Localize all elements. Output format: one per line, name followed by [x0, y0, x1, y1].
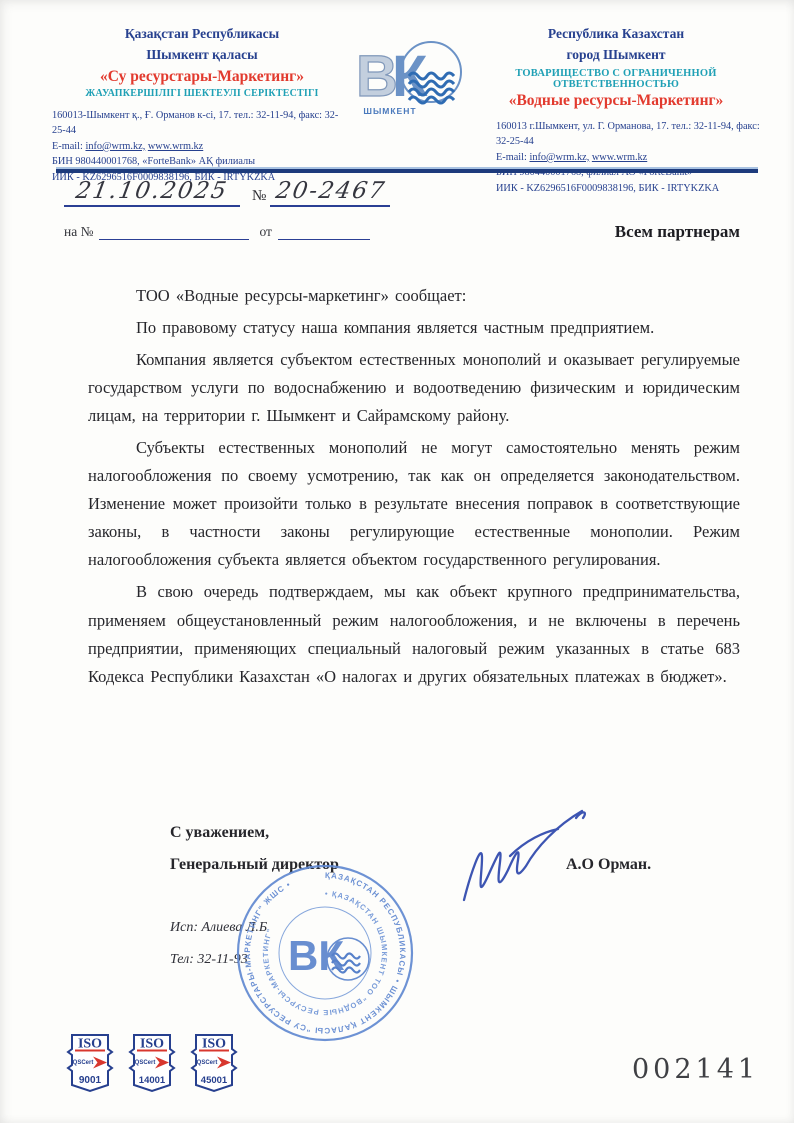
address-line-kk: 160013-Шымкент қ., Ғ. Орманов к-сі, 17. …: [52, 108, 352, 139]
website-link[interactable]: www.wrm.kz: [592, 152, 647, 163]
body-paragraph: ТОО «Водные ресурсы-маркетинг» сообщает:: [88, 282, 740, 310]
logo-subtitle: ШЫМКЕНТ: [363, 106, 416, 116]
date-field: 21.10.2025: [64, 178, 240, 207]
address-block-kk: 160013-Шымкент қ., Ғ. Орманов к-сі, 17. …: [52, 108, 352, 185]
email-line-ru: E-mail: info@wrm.kz, www.wrm.kz: [496, 150, 762, 165]
iso-label: ISO: [140, 1037, 164, 1052]
city-name-kk: Шымкент қаласы: [52, 45, 352, 66]
email-line-kk: E-mail: info@wrm.kz, www.wrm.kz: [52, 139, 352, 154]
iso-45001-badge: ISO QSCert 45001: [188, 1032, 240, 1094]
number-sign-label: №: [252, 188, 266, 207]
address-line-ru: 160013 г.Шымкент, ул. Г. Орманова, 17. т…: [496, 119, 762, 150]
iso-number: 9001: [79, 1075, 102, 1086]
email-link[interactable]: info@wrm.kz,: [85, 141, 145, 152]
letter-body: ТОО «Водные ресурсы-маркетинг» сообщает:…: [88, 282, 740, 695]
email-label: E-mail:: [496, 152, 527, 163]
handwritten-number: 20-2467: [273, 178, 387, 205]
handwritten-date: 21.10.2025: [74, 178, 230, 205]
account-line-ru: ИИК - KZ6296516F0009838196, БИК - IRTYKZ…: [496, 181, 762, 196]
org-type-ru: ТОВАРИЩЕСТВО С ОГРАНИЧЕННОЙ ОТВЕТСТВЕННО…: [470, 68, 762, 90]
form-serial-number: 002141: [632, 1054, 759, 1085]
body-paragraph: Компания является субъектом естественных…: [88, 346, 740, 430]
website-link[interactable]: www.wrm.kz: [148, 141, 203, 152]
country-name-kk: Қазақстан Республикасы: [52, 24, 352, 45]
handwritten-signature-icon: [452, 806, 592, 908]
iso-label: ISO: [202, 1037, 226, 1052]
ot-label: от: [259, 224, 271, 240]
qscert-label: QSCert: [73, 1060, 94, 1066]
iso-certification-badges: ISO QSCert 9001 ISO QSCert 14001 ISO QSC…: [64, 1032, 240, 1094]
country-name-ru: Республика Казахстан: [470, 24, 762, 45]
iso-number: 45001: [201, 1075, 228, 1086]
date-number-row: 21.10.2025 № 20-2467: [64, 178, 464, 207]
na-label: на №: [64, 224, 93, 240]
recipient-heading: Всем партнерам: [615, 222, 740, 242]
outgoing-number-field: 20-2467: [270, 178, 390, 207]
reply-date-blank: [278, 225, 370, 240]
company-stamp-icon: ҚАЗАҚСТАН РЕСПУБЛИКАСЫ • ШЫМКЕНТ ҚАЛАСЫ …: [232, 860, 418, 1046]
email-label: E-mail:: [52, 141, 83, 152]
email-link[interactable]: info@wrm.kz,: [529, 152, 589, 163]
company-name-ru: «Водные ресурсы-Маркетинг»: [470, 92, 762, 110]
iso-number: 14001: [139, 1075, 166, 1086]
reply-reference-row: на № от: [64, 224, 464, 240]
stamp-center-letters: ВК: [288, 932, 344, 979]
org-type-kk: ЖАУАПКЕРШІЛІГІ ШЕКТЕУЛІ СЕРІКТЕСТІГІ: [52, 88, 352, 99]
iso-label: ISO: [78, 1037, 102, 1052]
company-name-kk: «Су ресурстары-Маркетинг»: [52, 68, 352, 86]
body-paragraph: По правовому статусу наша компания являе…: [88, 314, 740, 342]
qscert-label: QSCert: [135, 1060, 156, 1066]
reference-block: 21.10.2025 № 20-2467 на № от: [64, 178, 464, 240]
letterhead-divider: [56, 167, 758, 173]
iso-14001-badge: ISO QSCert 14001: [126, 1032, 178, 1094]
address-block-ru: 160013 г.Шымкент, ул. Г. Орманова, 17. т…: [470, 119, 762, 196]
scanned-letter-page: Қазақстан Республикасы Шымкент қаласы «С…: [0, 0, 794, 1123]
body-paragraph: В свою очередь подтверждаем, мы как объе…: [88, 578, 740, 690]
city-name-ru: город Шымкент: [470, 45, 762, 66]
closing-line: С уважением,: [170, 824, 269, 842]
qscert-label: QSCert: [197, 1060, 218, 1066]
body-paragraph: Субъекты естественных монополий не могут…: [88, 434, 740, 574]
iso-9001-badge: ISO QSCert 9001: [64, 1032, 116, 1094]
reply-number-blank: [99, 225, 249, 240]
